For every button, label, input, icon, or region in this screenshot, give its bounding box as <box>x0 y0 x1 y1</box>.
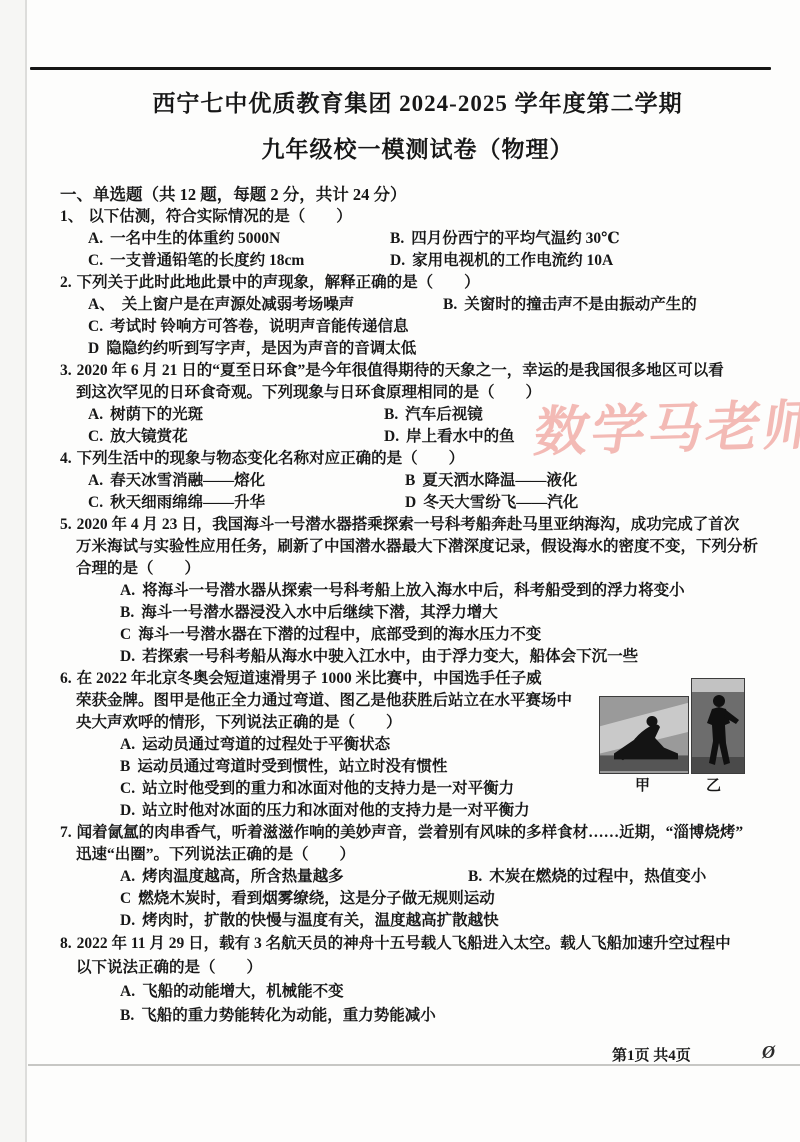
option-A: A.一名中生的体重约 5000N <box>88 228 390 250</box>
option-A: A.将海斗一号潜水器从探索一号科考船上放入海水中后，科考船受到的浮力将变小 <box>120 580 685 602</box>
option-row: A.春天冰雪消融——熔化B夏天洒水降温——液化 <box>60 470 775 492</box>
question-number: 6. <box>60 670 72 687</box>
option-D: D隐隐约约听到写字声，是因为声音的音调太低 <box>88 338 416 360</box>
question-stem-line: 4.下列生活中的现象与物态变化名称对应正确的是（ ） <box>60 448 775 470</box>
option-text: 运动员通过弯道时受到惯性，站立时没有惯性 <box>137 758 447 775</box>
option-text: 放大镜赏花 <box>110 428 188 445</box>
option-C: C燃烧木炭时，看到烟雾缭绕，这是分子做无规则运动 <box>120 888 495 910</box>
figure-label-yi: 乙 <box>706 776 721 796</box>
option-B: B.飞船的重力势能转化为动能，重力势能减小 <box>120 1004 436 1028</box>
figure-photo-jia <box>599 696 689 774</box>
option-row: C燃烧木炭时，看到烟雾缭绕，这是分子做无规则运动 <box>60 888 775 910</box>
option-label: D. <box>120 912 135 929</box>
option-text: 站立时他对冰面的压力和冰面对他的支持力是一对平衡力 <box>142 802 530 819</box>
question-5: 5.2020 年 4 月 23 日，我国海斗一号潜水器搭乘探索一号科考船奔赴马里… <box>60 514 775 668</box>
option-label: C. <box>88 428 103 445</box>
corner-mark: Ø <box>762 1042 775 1063</box>
option-text: 烤肉温度越高，所含热量越多 <box>142 868 344 885</box>
section-heading: 一、单选题（共 12 题，每题 2 分，共计 24 分） <box>60 184 775 206</box>
option-text: 将海斗一号潜水器从探索一号科考船上放入海水中后，科考船受到的浮力将变小 <box>142 582 685 599</box>
option-label: B. <box>120 1007 134 1024</box>
question-1: 1、以下估测，符合实际情况的是（ ）A.一名中生的体重约 5000NB.四月份西… <box>60 206 775 272</box>
question-stem-line: 3.2020 年 6 月 21 日的“夏至日环食”是今年很值得期待的天象之一，幸… <box>60 360 775 382</box>
option-label: D. <box>384 428 399 445</box>
option-text: 关窗时的撞击声不是由振动产生的 <box>464 296 697 313</box>
option-A: A、关上窗户是在声源处减弱考场噪声 <box>88 294 443 316</box>
page-left-edge <box>0 0 27 1142</box>
option-label: A. <box>120 582 135 599</box>
option-text: 若探索一号科考船从海水中驶入江水中，由于浮力变大，船体会下沉一些 <box>142 648 638 665</box>
option-row: A.将海斗一号潜水器从探索一号科考船上放入海水中后，科考船受到的浮力将变小 <box>60 580 775 602</box>
option-text: 燃烧木炭时，看到烟雾缭绕，这是分子做无规则运动 <box>138 890 495 907</box>
option-label: C. <box>120 780 135 797</box>
question-4: 4.下列生活中的现象与物态变化名称对应正确的是（ ）A.春天冰雪消融——熔化B夏… <box>60 448 775 514</box>
option-text: 一名中生的体重约 5000N <box>110 230 280 247</box>
question-figure: 甲乙 <box>599 678 749 796</box>
option-A: A.树荫下的光斑 <box>88 404 384 426</box>
option-row: A.一名中生的体重约 5000NB.四月份西宁的平均气温约 30℃ <box>60 228 775 250</box>
option-label: C <box>120 626 131 643</box>
option-text: 春天冰雪消融——熔化 <box>110 472 265 489</box>
question-6: 6.在 2022 年北京冬奥会短道速滑男子 1000 米比赛中，中国选手任子威荣… <box>60 668 775 822</box>
question-stem-line: 1、以下估测，符合实际情况的是（ ） <box>60 206 775 228</box>
option-B: B.四月份西宁的平均气温约 30℃ <box>390 228 620 250</box>
option-row: A.树荫下的光斑B.汽车后视镜 <box>60 404 775 426</box>
option-C: C.放大镜赏花 <box>88 426 384 448</box>
option-label: B. <box>390 230 404 247</box>
option-A: A.飞船的动能增大，机械能不变 <box>120 980 344 1004</box>
figure-label-jia: 甲 <box>635 776 650 796</box>
question-number: 5. <box>60 516 72 533</box>
paper-title-line1: 西宁七中优质教育集团 2024-2025 学年度第二学期 <box>60 88 775 120</box>
question-stem-line: 万米海试与实验性应用任务，刷新了中国潜水器最大下潜深度记录，假设海水的密度不变，… <box>60 536 775 558</box>
question-stem-text: 闻着氤氲的肉串香气，听着滋滋作响的美妙声音，尝着别有风味的多样食材……近期，“淄… <box>77 824 744 841</box>
question-stem-text: 2020 年 6 月 21 日的“夏至日环食”是今年很值得期待的天象之一，幸运的… <box>77 362 724 379</box>
question-7: 7.闻着氤氲的肉串香气，听着滋滋作响的美妙声音，尝着别有风味的多样食材……近期，… <box>60 822 775 932</box>
questions-container: 1、以下估测，符合实际情况的是（ ）A.一名中生的体重约 5000NB.四月份西… <box>60 206 775 1028</box>
option-C: C海斗一号潜水器在下潜的过程中，底部受到的海水压力不变 <box>120 624 541 646</box>
question-stem-line: 5.2020 年 4 月 23 日，我国海斗一号潜水器搭乘探索一号科考船奔赴马里… <box>60 514 775 536</box>
option-label: B. <box>384 406 398 423</box>
option-label: B. <box>120 604 134 621</box>
option-text: 汽车后视镜 <box>405 406 483 423</box>
option-D: D.若探索一号科考船从海水中驶入江水中，由于浮力变大，船体会下沉一些 <box>120 646 638 668</box>
option-text: 站立时他受到的重力和冰面对他的支持力是一对平衡力 <box>142 780 514 797</box>
question-number: 8. <box>60 935 72 952</box>
option-row: B.海斗一号潜水器浸没入水中后继续下潜，其浮力增大 <box>60 602 775 624</box>
option-label: A. <box>120 983 135 1000</box>
option-D: D冬天大雪纷飞——汽化 <box>405 492 578 514</box>
option-text: 四月份西宁的平均气温约 30℃ <box>411 230 619 247</box>
option-D: D.岸上看水中的鱼 <box>384 426 515 448</box>
option-text: 夏天洒水降温——液化 <box>422 472 577 489</box>
option-C: C.秋天细雨绵绵——升华 <box>88 492 405 514</box>
option-label: D. <box>120 648 135 665</box>
paper-content: 西宁七中优质教育集团 2024-2025 学年度第二学期 九年级校一模测试卷（物… <box>60 88 775 1028</box>
top-rule <box>30 67 771 70</box>
option-text: 飞船的重力势能转化为动能，重力势能减小 <box>141 1007 436 1024</box>
option-row: C.考试时 铃响方可答卷，说明声音能传递信息 <box>60 316 775 338</box>
option-row: B.飞船的重力势能转化为动能，重力势能减小 <box>60 1004 775 1028</box>
option-D: D.家用电视机的工作电流约 10A <box>390 250 613 272</box>
option-A: A.运动员通过弯道的过程处于平衡状态 <box>120 734 390 756</box>
option-row: A、关上窗户是在声源处减弱考场噪声B.关窗时的撞击声不是由振动产生的 <box>60 294 775 316</box>
option-row: A.烤肉温度越高，所含热量越多B.木炭在燃烧的过程中，热值变小 <box>60 866 775 888</box>
question-stem-line: 合理的是（ ） <box>60 558 775 580</box>
option-C: C.一支普通铅笔的长度约 18cm <box>88 250 390 272</box>
question-stem-text: 下列生活中的现象与物态变化名称对应正确的是（ ） <box>77 450 465 467</box>
question-number: 7. <box>60 824 72 841</box>
option-label: C. <box>88 252 103 269</box>
option-text: 海斗一号潜水器浸没入水中后继续下潜，其浮力增大 <box>141 604 498 621</box>
option-label: B <box>120 758 130 775</box>
option-label: A. <box>88 406 103 423</box>
question-stem-line: 7.闻着氤氲的肉串香气，听着滋滋作响的美妙声音，尝着别有风味的多样食材……近期，… <box>60 822 775 844</box>
option-B: B.汽车后视镜 <box>384 404 483 426</box>
question-stem-text: 以下估测，符合实际情况的是（ ） <box>88 208 352 225</box>
question-8: 8.2022 年 11 月 29 日，载有 3 名航天员的神舟十五号载人飞船进入… <box>60 932 775 1028</box>
option-text: 冬天大雪纷飞——汽化 <box>423 494 578 511</box>
option-row: D.若探索一号科考船从海水中驶入江水中，由于浮力变大，船体会下沉一些 <box>60 646 775 668</box>
option-label: A. <box>88 230 103 247</box>
option-label: B. <box>468 868 482 885</box>
paper-title-line2: 九年级校一模测试卷（物理） <box>60 134 775 166</box>
option-C: C.站立时他受到的重力和冰面对他的支持力是一对平衡力 <box>120 778 514 800</box>
option-row: C.一支普通铅笔的长度约 18cmD.家用电视机的工作电流约 10A <box>60 250 775 272</box>
option-label: D <box>88 340 99 357</box>
question-stem-text: 2020 年 4 月 23 日，我国海斗一号潜水器搭乘探索一号科考船奔赴马里亚纳… <box>77 516 740 533</box>
exam-paper-page: 数学马老师 西宁七中优质教育集团 2024-2025 学年度第二学期 九年级校一… <box>0 0 800 1142</box>
option-label: C <box>120 890 131 907</box>
option-row: C.秋天细雨绵绵——升华D冬天大雪纷飞——汽化 <box>60 492 775 514</box>
option-row: C海斗一号潜水器在下潜的过程中，底部受到的海水压力不变 <box>60 624 775 646</box>
option-text: 运动员通过弯道的过程处于平衡状态 <box>142 736 390 753</box>
figure-photo-yi <box>691 678 745 774</box>
option-A: A.烤肉温度越高，所含热量越多 <box>120 866 468 888</box>
figure-photos <box>599 678 749 774</box>
question-stem-line: 迅速“出圈”。下列说法正确的是（ ） <box>60 844 775 866</box>
option-label: A. <box>120 736 135 753</box>
question-number: 3. <box>60 362 72 379</box>
option-text: 考试时 铃响方可答卷，说明声音能传递信息 <box>110 318 408 335</box>
option-A: A.春天冰雪消融——熔化 <box>88 470 405 492</box>
question-stem-line: 8.2022 年 11 月 29 日，载有 3 名航天员的神舟十五号载人飞船进入… <box>60 932 775 956</box>
option-label: B. <box>443 296 457 313</box>
question-number: 1、 <box>60 208 83 225</box>
option-text: 家用电视机的工作电流约 10A <box>412 252 613 269</box>
page-number-label: 第1页 共4页 <box>612 1044 691 1065</box>
option-label: C. <box>88 494 103 511</box>
option-text: 岸上看水中的鱼 <box>406 428 515 445</box>
option-B: B.关窗时的撞击声不是由振动产生的 <box>443 294 697 316</box>
option-B: B.海斗一号潜水器浸没入水中后继续下潜，其浮力增大 <box>120 602 498 624</box>
option-label: B <box>405 472 415 489</box>
option-row: A.飞船的动能增大，机械能不变 <box>60 980 775 1004</box>
option-row: D.烤肉时，扩散的快慢与温度有关，温度越高扩散越快 <box>60 910 775 932</box>
option-text: 树荫下的光斑 <box>110 406 203 423</box>
option-label: D. <box>120 802 135 819</box>
question-stem-line: 以下说法正确的是（ ） <box>60 956 775 980</box>
question-number: 4. <box>60 450 72 467</box>
option-text: 烤肉时，扩散的快慢与温度有关，温度越高扩散越快 <box>142 912 499 929</box>
option-text: 木炭在燃烧的过程中，热值变小 <box>489 868 706 885</box>
option-C: C.考试时 铃响方可答卷，说明声音能传递信息 <box>88 316 408 338</box>
option-label: D <box>405 494 416 511</box>
option-label: D. <box>390 252 405 269</box>
option-row: D.站立时他对冰面的压力和冰面对他的支持力是一对平衡力 <box>60 800 775 822</box>
figure-labels: 甲乙 <box>599 776 749 796</box>
option-text: 飞船的动能增大，机械能不变 <box>142 983 344 1000</box>
question-stem-text: 2022 年 11 月 29 日，载有 3 名航天员的神舟十五号载人飞船进入太空… <box>77 935 731 952</box>
option-label: C. <box>88 318 103 335</box>
question-number: 2. <box>60 274 72 291</box>
question-3: 3.2020 年 6 月 21 日的“夏至日环食”是今年很值得期待的天象之一，幸… <box>60 360 775 448</box>
question-stem-line: 到这次罕见的日环食奇观。下列现象与日环食原理相同的是（ ） <box>60 382 775 404</box>
option-text: 关上窗户是在声源处减弱考场噪声 <box>122 296 355 313</box>
question-stem-text: 在 2022 年北京冬奥会短道速滑男子 1000 米比赛中，中国选手任子威 <box>77 670 542 687</box>
option-B: B.木炭在燃烧的过程中，热值变小 <box>468 866 706 888</box>
option-label: A. <box>88 472 103 489</box>
option-text: 一支普通铅笔的长度约 18cm <box>110 252 304 269</box>
question-2: 2.下列关于此时此地此景中的声现象，解释正确的是（ ）A、关上窗户是在声源处减弱… <box>60 272 775 360</box>
option-label: A、 <box>88 296 115 313</box>
option-text: 秋天细雨绵绵——升华 <box>110 494 265 511</box>
option-text: 海斗一号潜水器在下潜的过程中，底部受到的海水压力不变 <box>138 626 541 643</box>
option-row: C.放大镜赏花D.岸上看水中的鱼 <box>60 426 775 448</box>
option-text: 隐隐约约听到写字声，是因为声音的音调太低 <box>106 340 416 357</box>
option-B: B运动员通过弯道时受到惯性，站立时没有惯性 <box>120 756 447 778</box>
question-stem-text: 下列关于此时此地此景中的声现象，解释正确的是（ ） <box>77 274 480 291</box>
question-stem-line: 2.下列关于此时此地此景中的声现象，解释正确的是（ ） <box>60 272 775 294</box>
option-D: D.站立时他对冰面的压力和冰面对他的支持力是一对平衡力 <box>120 800 530 822</box>
option-D: D.烤肉时，扩散的快慢与温度有关，温度越高扩散越快 <box>120 910 499 932</box>
option-label: A. <box>120 868 135 885</box>
option-row: D隐隐约约听到写字声，是因为声音的音调太低 <box>60 338 775 360</box>
option-B: B夏天洒水降温——液化 <box>405 470 577 492</box>
